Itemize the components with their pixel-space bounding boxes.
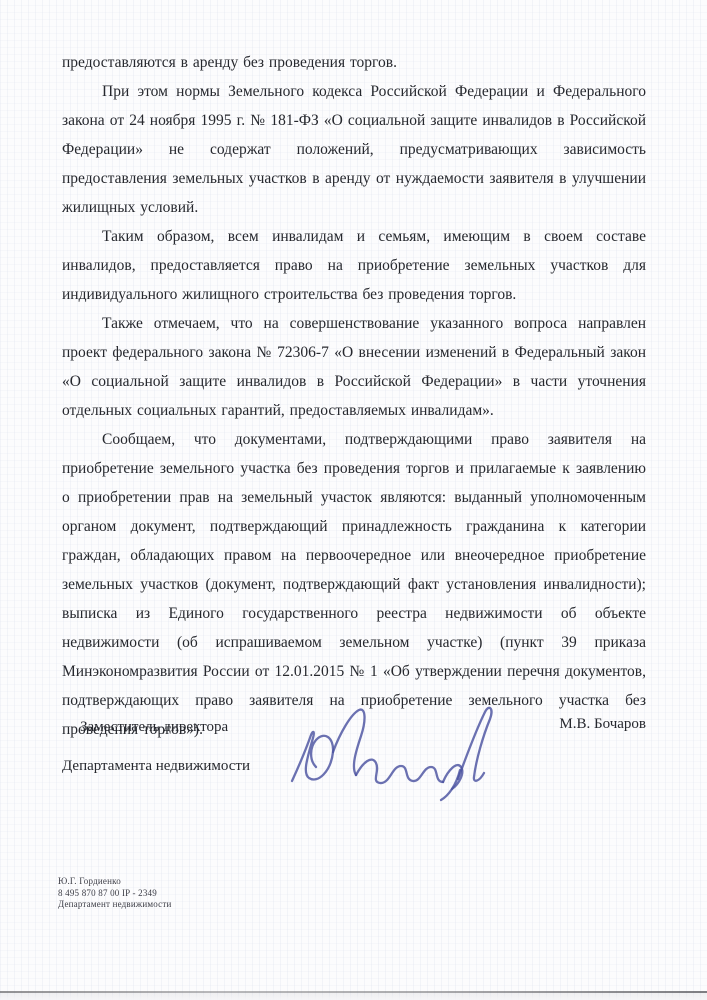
executor-department: Департамент недвижимости [58,899,172,911]
executor-name: Ю.Г. Гордиенко [58,876,172,888]
paragraph-norms: При этом нормы Земельного кодекса Россий… [62,77,646,222]
signer-position: Заместитель директора Департамента недви… [62,698,250,796]
handwritten-signature-icon [280,678,500,803]
paragraph-conclusion: Таким образом, всем инвалидам и семьям, … [62,222,646,309]
executor-footer: Ю.Г. Гордиенко 8 495 870 87 00 IP - 2349… [58,876,172,911]
page-scan-edge-shadow [0,993,707,1000]
executor-phone: 8 495 870 87 00 IP - 2349 [58,888,172,900]
letter-body: предоставляются в аренду без проведения … [62,48,646,744]
signer-position-line-2: Департамента недвижимости [62,757,250,777]
signer-position-line-1: Заместитель директора [62,718,250,738]
paragraph-continuation: предоставляются в аренду без проведения … [62,48,646,77]
paragraph-draft-law: Также отмечаем, что на совершенствование… [62,309,646,425]
scanned-letter-page: предоставляются в аренду без проведения … [0,0,707,1000]
signer-name: М.В. Бочаров [559,716,646,733]
signature-block: Заместитель директора Департамента недви… [62,698,646,808]
